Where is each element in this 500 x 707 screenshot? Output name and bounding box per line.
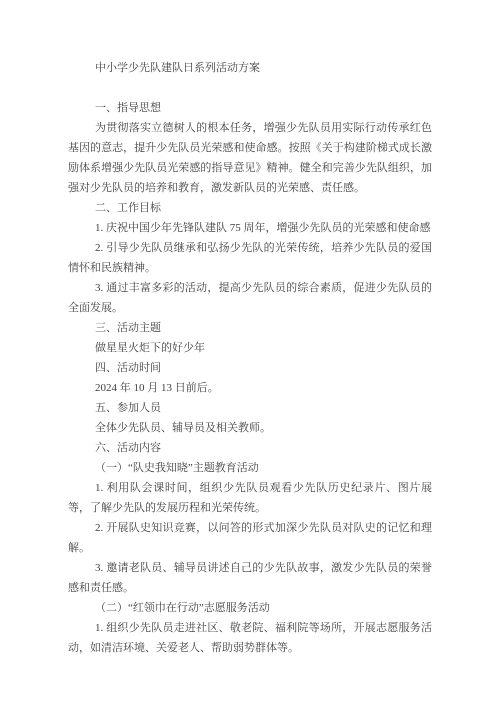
heading-work-goals: 二、工作目标 xyxy=(68,198,432,218)
subheading-activity-2-volunteer-service: （二）“红领巾在行动”志愿服务活动 xyxy=(68,598,432,618)
activity-1-item-1: 1. 利用队会课时间，组织少先队员观看少先队历史纪录片、图片展等，了解少先队的发… xyxy=(68,478,432,518)
activity-1-item-2: 2. 开展队史知识竞赛，以问答的形式加深少先队员对队史的记忆和理解。 xyxy=(68,518,432,558)
para-activity-theme: 做星星火炬下的好少年 xyxy=(68,338,432,358)
goal-item-3: 3. 通过丰富多彩的活动，提高少先队员的综合素质，促进少先队员的全面发展。 xyxy=(68,278,432,318)
goal-item-2: 2. 引导少先队员继承和弘扬少先队的光荣传统，培养少先队员的爱国情怀和民族精神。 xyxy=(68,238,432,278)
activity-2-item-1: 1. 组织少先队员走进社区、敬老院、福利院等场所，开展志愿服务活动，如清洁环境、… xyxy=(68,618,432,658)
document-page: 中小学少先队建队日系列活动方案 一、指导思想 为贯彻落实立德树人的根本任务，增强… xyxy=(0,0,500,707)
heading-activity-theme: 三、活动主题 xyxy=(68,318,432,338)
heading-participants: 五、参加人员 xyxy=(68,398,432,418)
para-activity-time: 2024 年 10 月 13 日前后。 xyxy=(68,378,432,398)
para-participants: 全体少先队员、辅导员及相关教师。 xyxy=(68,418,432,438)
document-title: 中小学少先队建队日系列活动方案 xyxy=(68,58,432,78)
heading-activity-time: 四、活动时间 xyxy=(68,358,432,378)
para-guiding-ideology: 为贯彻落实立德树人的根本任务，增强少先队员用实际行动传承红色基因的意志，提升少先… xyxy=(68,118,432,198)
document-body: 一、指导思想 为贯彻落实立德树人的根本任务，增强少先队员用实际行动传承红色基因的… xyxy=(68,98,432,658)
heading-activity-content: 六、活动内容 xyxy=(68,438,432,458)
subheading-activity-1-team-history: （一）“队史我知晓”主题教育活动 xyxy=(68,458,432,478)
activity-1-item-3: 3. 邀请老队员、辅导员讲述自己的少先队故事，激发少先队员的荣誉感和责任感。 xyxy=(68,558,432,598)
goal-item-1: 1. 庆祝中国少年先锋队建队 75 周年，增强少先队员的光荣感和使命感 xyxy=(68,218,432,238)
heading-guiding-ideology: 一、指导思想 xyxy=(68,98,432,118)
